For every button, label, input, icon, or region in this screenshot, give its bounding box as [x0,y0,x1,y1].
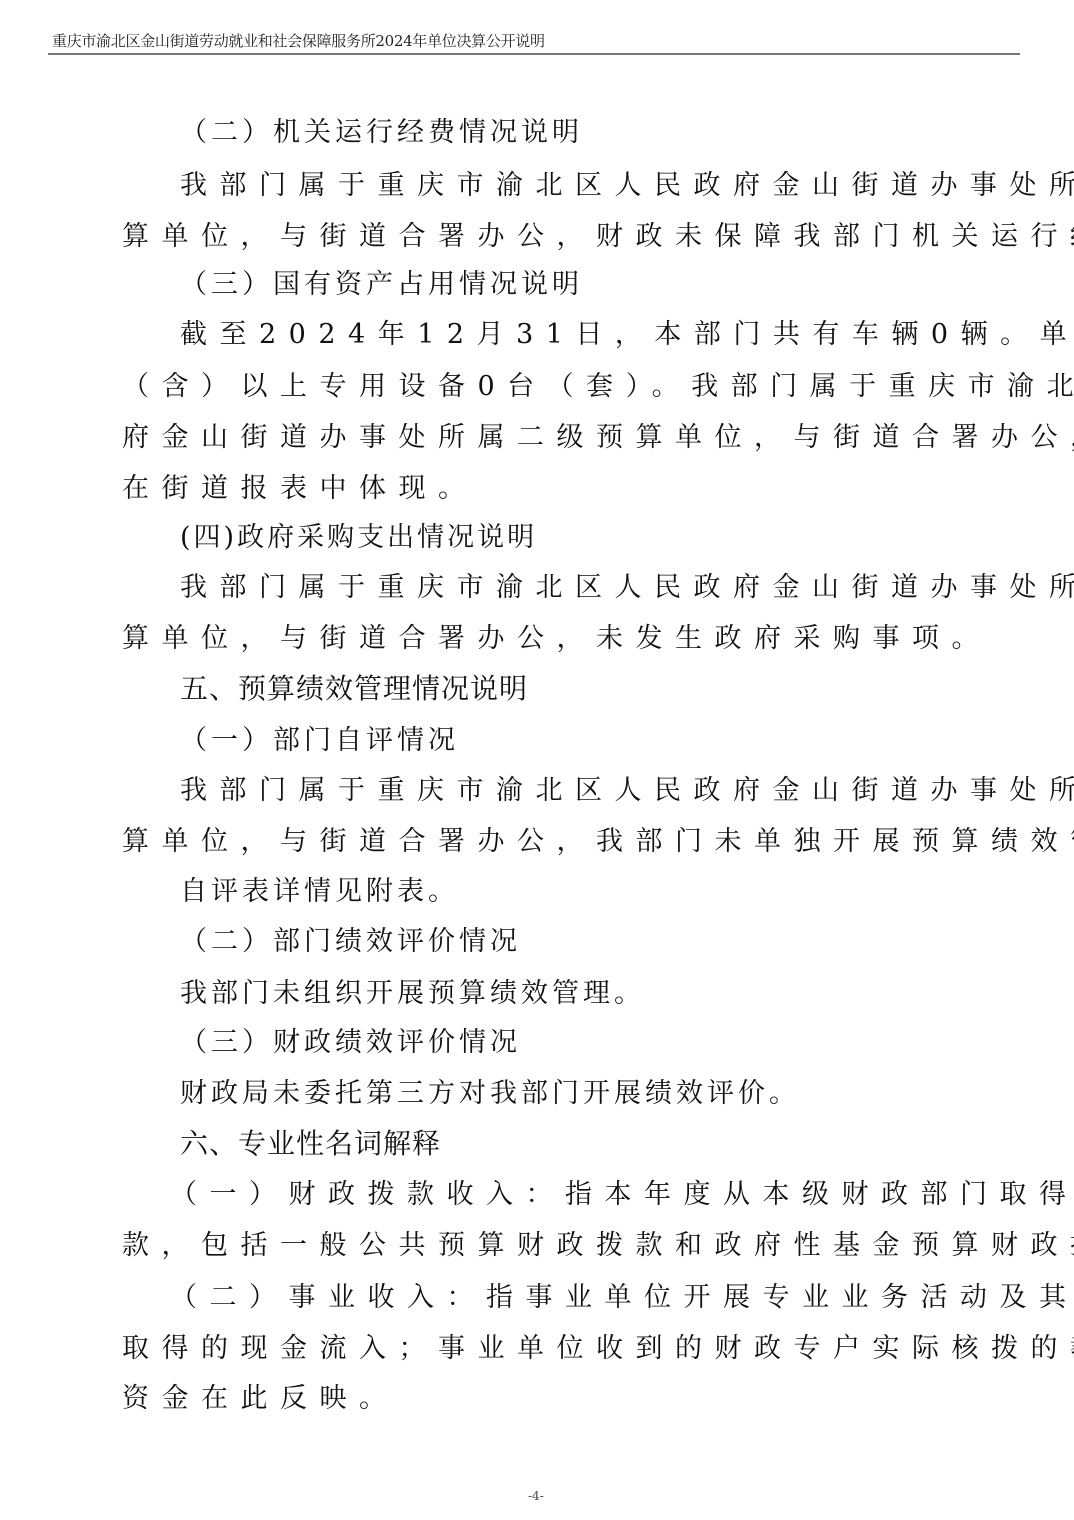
paragraph-line: 我部门属于重庆市渝北区人民政府金山街道办事处所属二级预 [180,773,1020,809]
paragraph-line: 我部门属于重庆市渝北区人民政府金山街道办事处所属二级预 [180,168,1020,204]
paragraph-line: 算单位，与街道合署办公，未发生政府采购事项。 [122,621,962,657]
paragraph-line: 财政局未委托第三方对我部门开展绩效评价。 [180,1076,1020,1112]
paragraph-line: 我部门属于重庆市渝北区人民政府金山街道办事处所属二级预 [180,570,1020,606]
paragraph-line: 取得的现金流入；事业单位收到的财政专户实际核拨的教育收费等 [122,1331,962,1367]
paragraph-line: （二）事业收入：指事业单位开展专业业务活动及其辅助活动 [170,1280,1010,1316]
section-heading: (四)政府采购支出情况说明 [180,520,1020,556]
part-heading: 六、专业性名词解释 [180,1126,1020,1162]
paragraph-line: 在街道报表中体现。 [122,471,962,507]
section-heading: （一）部门自评情况 [180,723,1020,759]
section-heading: （三）财政绩效评价情况 [180,1025,1020,1061]
paragraph-line: 款，包括一般公共预算财政拨款和政府性基金预算财政拨款。 [122,1228,962,1264]
header-divider [48,53,1020,55]
section-heading: （二）部门绩效评价情况 [180,924,1020,960]
paragraph-line: （一）财政拨款收入：指本年度从本级财政部门取得的财政拨 [170,1177,1010,1213]
page-header-title: 重庆市渝北区金山街道劳动就业和社会保障服务所2024年单位决算公开说明 [52,30,545,51]
paragraph-line: 资金在此反映。 [122,1381,962,1417]
paragraph-line: 自评表详情见附表。 [180,874,1020,910]
section-heading: （三）国有资产占用情况说明 [180,267,1020,303]
paragraph-line: 截至2024年12月31日，本部门共有车辆0辆。单价100万元 [180,317,1020,353]
paragraph-line: 算单位，与街道合署办公，财政未保障我部门机关运行经费。 [122,219,962,255]
page-number: -4- [528,1489,544,1503]
paragraph-line: 算单位，与街道合署办公，我部门未单独开展预算绩效管理。 [122,824,962,860]
paragraph-line: 我部门未组织开展预算绩效管理。 [180,976,1020,1012]
paragraph-line: （含）以上专用设备0台（套）。我部门属于重庆市渝北区人民政 [122,369,962,405]
section-heading: （二）机关运行经费情况说明 [180,115,1020,151]
paragraph-line: 府金山街道办事处所属二级预算单位，与街道合署办公，资产情况 [122,420,962,456]
part-heading: 五、预算绩效管理情况说明 [180,671,1020,707]
